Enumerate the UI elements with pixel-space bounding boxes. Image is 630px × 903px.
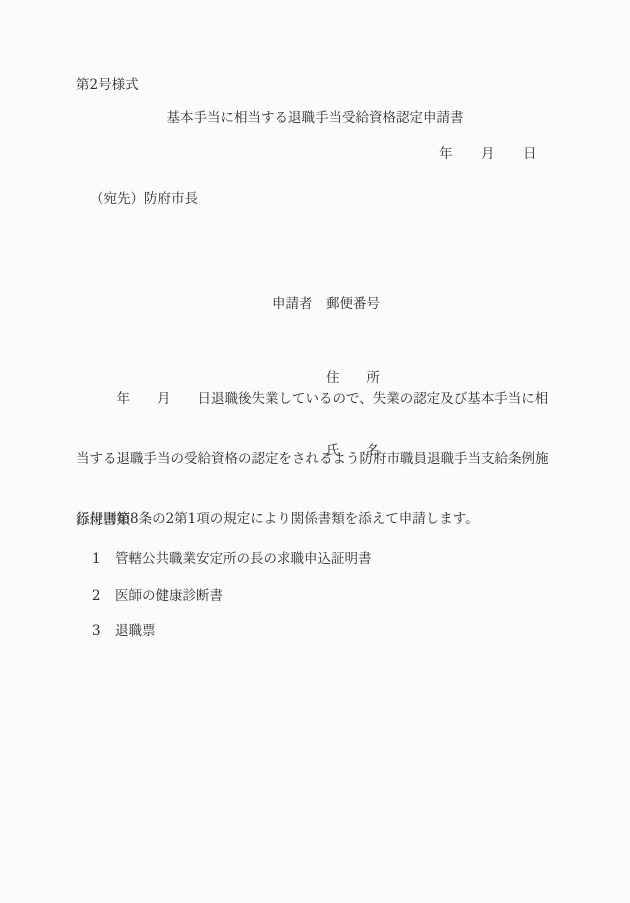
statement-line-1: 年 月 日退職後失業しているので、失業の認定及び基本手当に相 bbox=[76, 389, 566, 409]
statement-line-2: 当する退職手当の受給資格の認定をされるよう防府市職員退職手当支給条例施 bbox=[76, 449, 566, 469]
statement-line-3: 行規則第8条の2第1項の規定により関係書類を添えて申請します。 bbox=[76, 509, 566, 529]
attachment-item-2-number: 2 bbox=[92, 588, 115, 604]
attachment-item-1-number: 1 bbox=[92, 551, 115, 567]
document-page: { "page": { "background": "#fbfbfc", "te… bbox=[0, 0, 630, 903]
document-title: 基本手当に相当する退職手当受給資格認定申請書 bbox=[0, 110, 630, 126]
attachment-item-1-label: 管轄公共職業安定所の長の求職申込証明書 bbox=[115, 551, 372, 567]
attachment-item-3-number: 3 bbox=[92, 623, 115, 639]
attachment-item-1: 1 管轄公共職業安定所の長の求職申込証明書 bbox=[92, 551, 372, 567]
attachments-heading: 添付書類 bbox=[76, 512, 130, 528]
attachment-item-2-label: 医師の健康診断書 bbox=[115, 588, 223, 604]
form-number-label: 第2号様式 bbox=[76, 77, 139, 93]
application-statement: 年 月 日退職後失業しているので、失業の認定及び基本手当に相 当する退職手当の受… bbox=[76, 349, 566, 549]
attachment-item-2: 2 医師の健康診断書 bbox=[92, 588, 223, 604]
recipient-line: （宛先）防府市長 bbox=[90, 191, 198, 207]
attachment-item-3: 3 退職票 bbox=[92, 623, 156, 639]
applicant-postal-code-row: 申請者 郵便番号 bbox=[272, 292, 380, 317]
attachment-item-3-label: 退職票 bbox=[115, 623, 156, 639]
date-fields: 年 月 日 bbox=[439, 146, 537, 162]
